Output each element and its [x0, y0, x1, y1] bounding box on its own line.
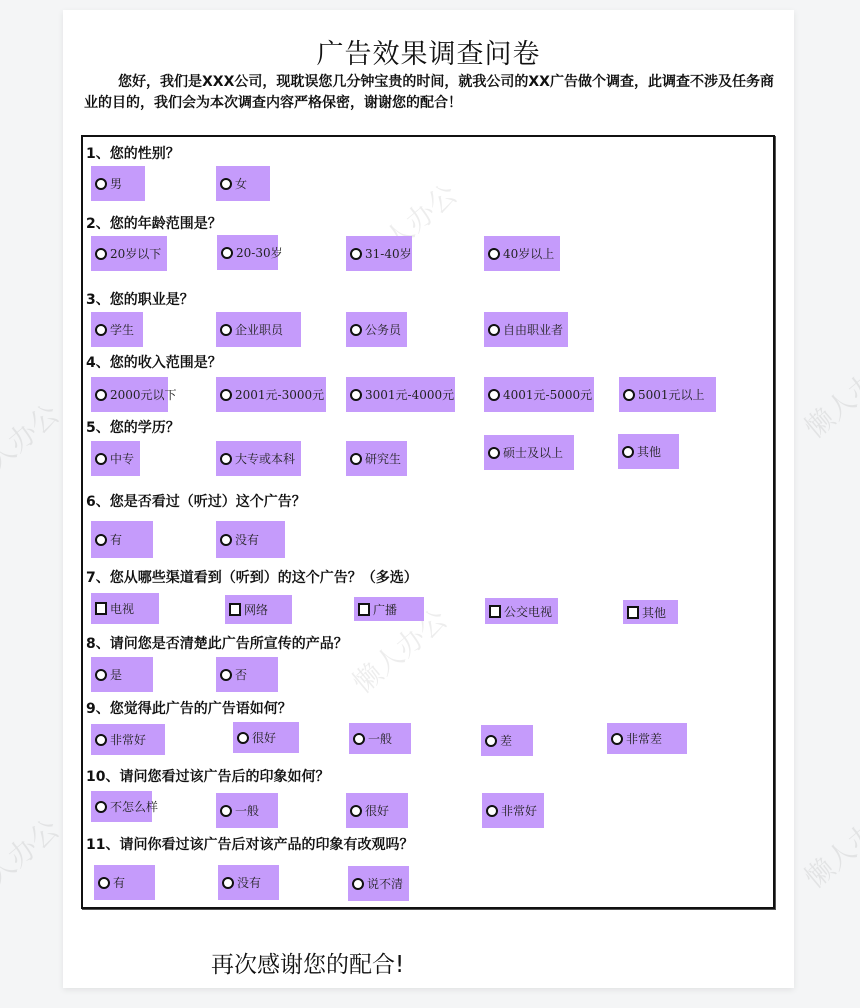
q5-option-4[interactable]: 硕士及以上 [484, 435, 574, 470]
q4-option-3[interactable]: 3001元-4000元 [346, 377, 455, 412]
q7-option-bus-tv[interactable]: 公交电视 [485, 598, 558, 624]
radio-icon [488, 389, 500, 401]
q10-option-3[interactable]: 很好 [346, 793, 408, 828]
checkbox-icon [489, 605, 501, 618]
q5-option-5[interactable]: 其他 [618, 434, 679, 469]
q8-option-yes[interactable]: 是 [91, 657, 153, 692]
question-5-label: 5、您的学历？ [86, 417, 180, 437]
question-10-label: 10、请问您看过该广告后的印象如何？ [86, 766, 329, 786]
radio-icon [95, 534, 107, 546]
q3-option-3[interactable]: 公务员 [346, 312, 407, 347]
watermark: 懒人办公 [0, 809, 67, 912]
q7-option-other[interactable]: 其他 [623, 600, 678, 624]
radio-icon [95, 801, 107, 813]
radio-icon [95, 248, 107, 260]
radio-icon [220, 805, 232, 817]
radio-icon [95, 669, 107, 681]
q7-option-internet[interactable]: 网络 [225, 595, 292, 624]
q2-option-4[interactable]: 40岁以上 [484, 236, 560, 271]
page-title: 广告效果调查问卷 [63, 32, 794, 71]
radio-icon [350, 805, 362, 817]
question-6-label: 6、您是否看过（听过）这个广告？ [86, 491, 306, 511]
radio-icon [220, 453, 232, 465]
radio-icon [220, 669, 232, 681]
q9-option-3[interactable]: 一般 [349, 723, 411, 754]
radio-icon [623, 389, 635, 401]
question-11-label: 11、请问你看过该广告后对该产品的印象有改观吗？ [86, 834, 413, 854]
question-9-label: 9、您觉得此广告的广告语如何？ [86, 698, 292, 718]
closing-text: 再次感谢您的配合! [211, 946, 404, 979]
radio-icon [220, 178, 232, 190]
question-7-label: 7、您从哪些渠道看到（听到）的这个广告？（多选） [86, 567, 418, 587]
q3-option-4[interactable]: 自由职业者 [484, 312, 568, 347]
watermark: 懒人办公 [0, 394, 67, 497]
q6-option-1[interactable]: 有 [91, 521, 153, 558]
q4-option-4[interactable]: 4001元-5000元 [484, 377, 594, 412]
q10-option-1[interactable]: 不怎么样 [91, 791, 152, 822]
q8-option-no[interactable]: 否 [216, 657, 278, 692]
q5-option-1[interactable]: 中专 [91, 441, 140, 476]
q3-option-1[interactable]: 学生 [91, 312, 143, 347]
q2-option-3[interactable]: 31-40岁 [346, 236, 412, 271]
radio-icon [220, 534, 232, 546]
q5-option-3[interactable]: 研究生 [346, 441, 407, 476]
question-8-label: 8、请问您是否清楚此广告所宣传的产品？ [86, 633, 348, 653]
radio-icon [488, 324, 500, 336]
q9-option-5[interactable]: 非常差 [607, 723, 687, 754]
radio-icon [98, 877, 110, 889]
radio-icon [488, 248, 500, 260]
q4-option-5[interactable]: 5001元以上 [619, 377, 716, 412]
radio-icon [95, 324, 107, 336]
q4-option-1[interactable]: 2000元以下 [91, 377, 168, 412]
checkbox-icon [358, 603, 370, 616]
q9-option-2[interactable]: 很好 [233, 722, 299, 753]
radio-icon [237, 732, 249, 744]
radio-icon [350, 324, 362, 336]
checkbox-icon [95, 602, 107, 615]
q7-option-radio[interactable]: 广播 [354, 597, 424, 621]
watermark: 懒人办公 [795, 794, 860, 897]
q11-option-2[interactable]: 没有 [218, 865, 279, 900]
q5-option-2[interactable]: 大专或本科 [216, 441, 301, 476]
radio-icon [488, 447, 500, 459]
radio-icon [622, 446, 634, 458]
radio-icon [350, 248, 362, 260]
q4-option-2[interactable]: 2001元-3000元 [216, 377, 326, 412]
radio-icon [222, 877, 234, 889]
checkbox-icon [627, 606, 639, 619]
q1-option-female[interactable]: 女 [216, 166, 270, 201]
q6-option-2[interactable]: 没有 [216, 521, 285, 558]
q11-option-1[interactable]: 有 [94, 865, 155, 900]
q2-option-2[interactable]: 20-30岁 [217, 235, 278, 270]
radio-icon [220, 324, 232, 336]
q10-option-2[interactable]: 一般 [216, 793, 278, 828]
question-3-label: 3、您的职业是？ [86, 289, 194, 309]
q9-option-1[interactable]: 非常好 [91, 724, 165, 755]
q7-option-tv[interactable]: 电视 [91, 593, 159, 624]
radio-icon [486, 805, 498, 817]
radio-icon [95, 389, 107, 401]
radio-icon [350, 453, 362, 465]
question-2-label: 2、您的年龄范围是？ [86, 213, 222, 233]
radio-icon [611, 733, 623, 745]
radio-icon [95, 178, 107, 190]
q9-option-4[interactable]: 差 [481, 725, 533, 756]
q10-option-4[interactable]: 非常好 [482, 793, 544, 828]
radio-icon [221, 247, 233, 259]
questions-frame: 1、您的性别？ 男 女 2、您的年龄范围是？ 20岁以下 20-30岁 31-4… [81, 135, 775, 909]
q2-option-1[interactable]: 20岁以下 [91, 236, 167, 271]
radio-icon [95, 453, 107, 465]
intro-text: 您好，我们是XXX公司，现耽误您几分钟宝贵的时间，就我公司的XX广告做个调查，此… [84, 72, 774, 114]
q1-option-male[interactable]: 男 [91, 166, 145, 201]
radio-icon [352, 878, 364, 890]
radio-icon [485, 735, 497, 747]
question-4-label: 4、您的收入范围是？ [86, 352, 222, 372]
checkbox-icon [229, 603, 241, 616]
radio-icon [350, 389, 362, 401]
q3-option-2[interactable]: 企业职员 [216, 312, 301, 347]
radio-icon [353, 733, 365, 745]
radio-icon [95, 734, 107, 746]
question-1-label: 1、您的性别？ [86, 143, 180, 163]
radio-icon [220, 389, 232, 401]
q11-option-3[interactable]: 说不清 [348, 866, 409, 901]
watermark: 懒人办公 [795, 344, 860, 447]
